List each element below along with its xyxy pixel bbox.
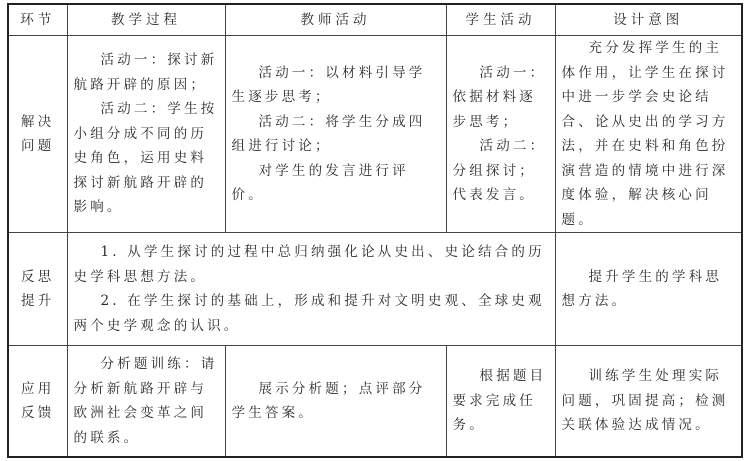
intent-cell: 充分发挥学生的主体作用，让学生在探讨中进一步学会史论结合、论从史出的学习方法，并… (555, 36, 742, 233)
header-row: 环节 教学过程 教师活动 学生活动 设计意图 (8, 4, 742, 36)
merged-content-cell: 1. 从学生探讨的过程中总归纳强化论从史出、史论结合的历史学科思想方法。 2. … (67, 233, 555, 346)
lesson-plan-table: 环节 教学过程 教师活动 学生活动 设计意图 解决问题 活动一：探讨新航路开辟的… (7, 3, 743, 458)
teacher-text: 活动一：以材料引导学生逐步思考； (232, 61, 440, 110)
process-text: 活动二：学生按小组分成不同的历史角色，运用史料探讨新航路开辟的影响。 (74, 97, 219, 220)
merged-text: 2. 在学生探讨的基础上，形成和提升对文明史观、全球史观两个史学观念的认识。 (74, 289, 549, 338)
stage-cell: 反思提升 (8, 233, 67, 346)
header-stage: 环节 (8, 4, 67, 36)
header-intent: 设计意图 (555, 4, 742, 36)
process-cell: 活动一：探讨新航路开辟的原因； 活动二：学生按小组分成不同的历史角色，运用史料探… (67, 36, 225, 233)
process-text: 活动一：探讨新航路开辟的原因； (74, 48, 219, 97)
table-row: 解决问题 活动一：探讨新航路开辟的原因； 活动二：学生按小组分成不同的历史角色，… (8, 36, 742, 233)
merged-text: 1. 从学生探讨的过程中总归纳强化论从史出、史论结合的历史学科思想方法。 (74, 240, 549, 289)
teacher-text: 对学生的发言进行评价。 (232, 159, 440, 208)
header-student: 学生活动 (446, 4, 555, 36)
student-text: 根据题目要求完成任务。 (453, 364, 549, 438)
table-row: 反思提升 1. 从学生探讨的过程中总归纳强化论从史出、史论结合的历史学科思想方法… (8, 233, 742, 346)
intent-text: 提升学生的学科思想方法。 (562, 265, 736, 314)
stage-cell: 解决问题 (8, 36, 67, 233)
stage-cell: 应用反馈 (8, 346, 67, 458)
student-text: 活动一：依据材料逐步思考； (453, 61, 549, 135)
process-cell: 分析题训练：请分析新航路开辟与欧洲社会变革之间的联系。 (67, 346, 225, 458)
teacher-cell: 活动一：以材料引导学生逐步思考； 活动二：将学生分成四组进行讨论； 对学生的发言… (225, 36, 446, 233)
table-row: 应用反馈 分析题训练：请分析新航路开辟与欧洲社会变革之间的联系。 展示分析题；点… (8, 346, 742, 458)
intent-cell: 训练学生处理实际问题，巩固提高；检测关联体验达成情况。 (555, 346, 742, 458)
student-cell: 根据题目要求完成任务。 (446, 346, 555, 458)
teacher-text: 活动二：将学生分成四组进行讨论； (232, 110, 440, 159)
header-process: 教学过程 (67, 4, 225, 36)
intent-cell: 提升学生的学科思想方法。 (555, 233, 742, 346)
intent-text: 充分发挥学生的主体作用，让学生在探讨中进一步学会史论结合、论从史出的学习方法，并… (562, 36, 736, 232)
header-teacher: 教师活动 (225, 4, 446, 36)
teacher-text: 展示分析题；点评部分学生答案。 (232, 377, 440, 426)
teacher-cell: 展示分析题；点评部分学生答案。 (225, 346, 446, 458)
process-text: 分析题训练：请分析新航路开辟与欧洲社会变革之间的联系。 (74, 352, 219, 450)
student-cell: 活动一：依据材料逐步思考； 活动二：分组探讨；代表发言。 (446, 36, 555, 233)
student-text: 活动二：分组探讨；代表发言。 (453, 134, 549, 208)
intent-text: 训练学生处理实际问题，巩固提高；检测关联体验达成情况。 (562, 364, 736, 438)
